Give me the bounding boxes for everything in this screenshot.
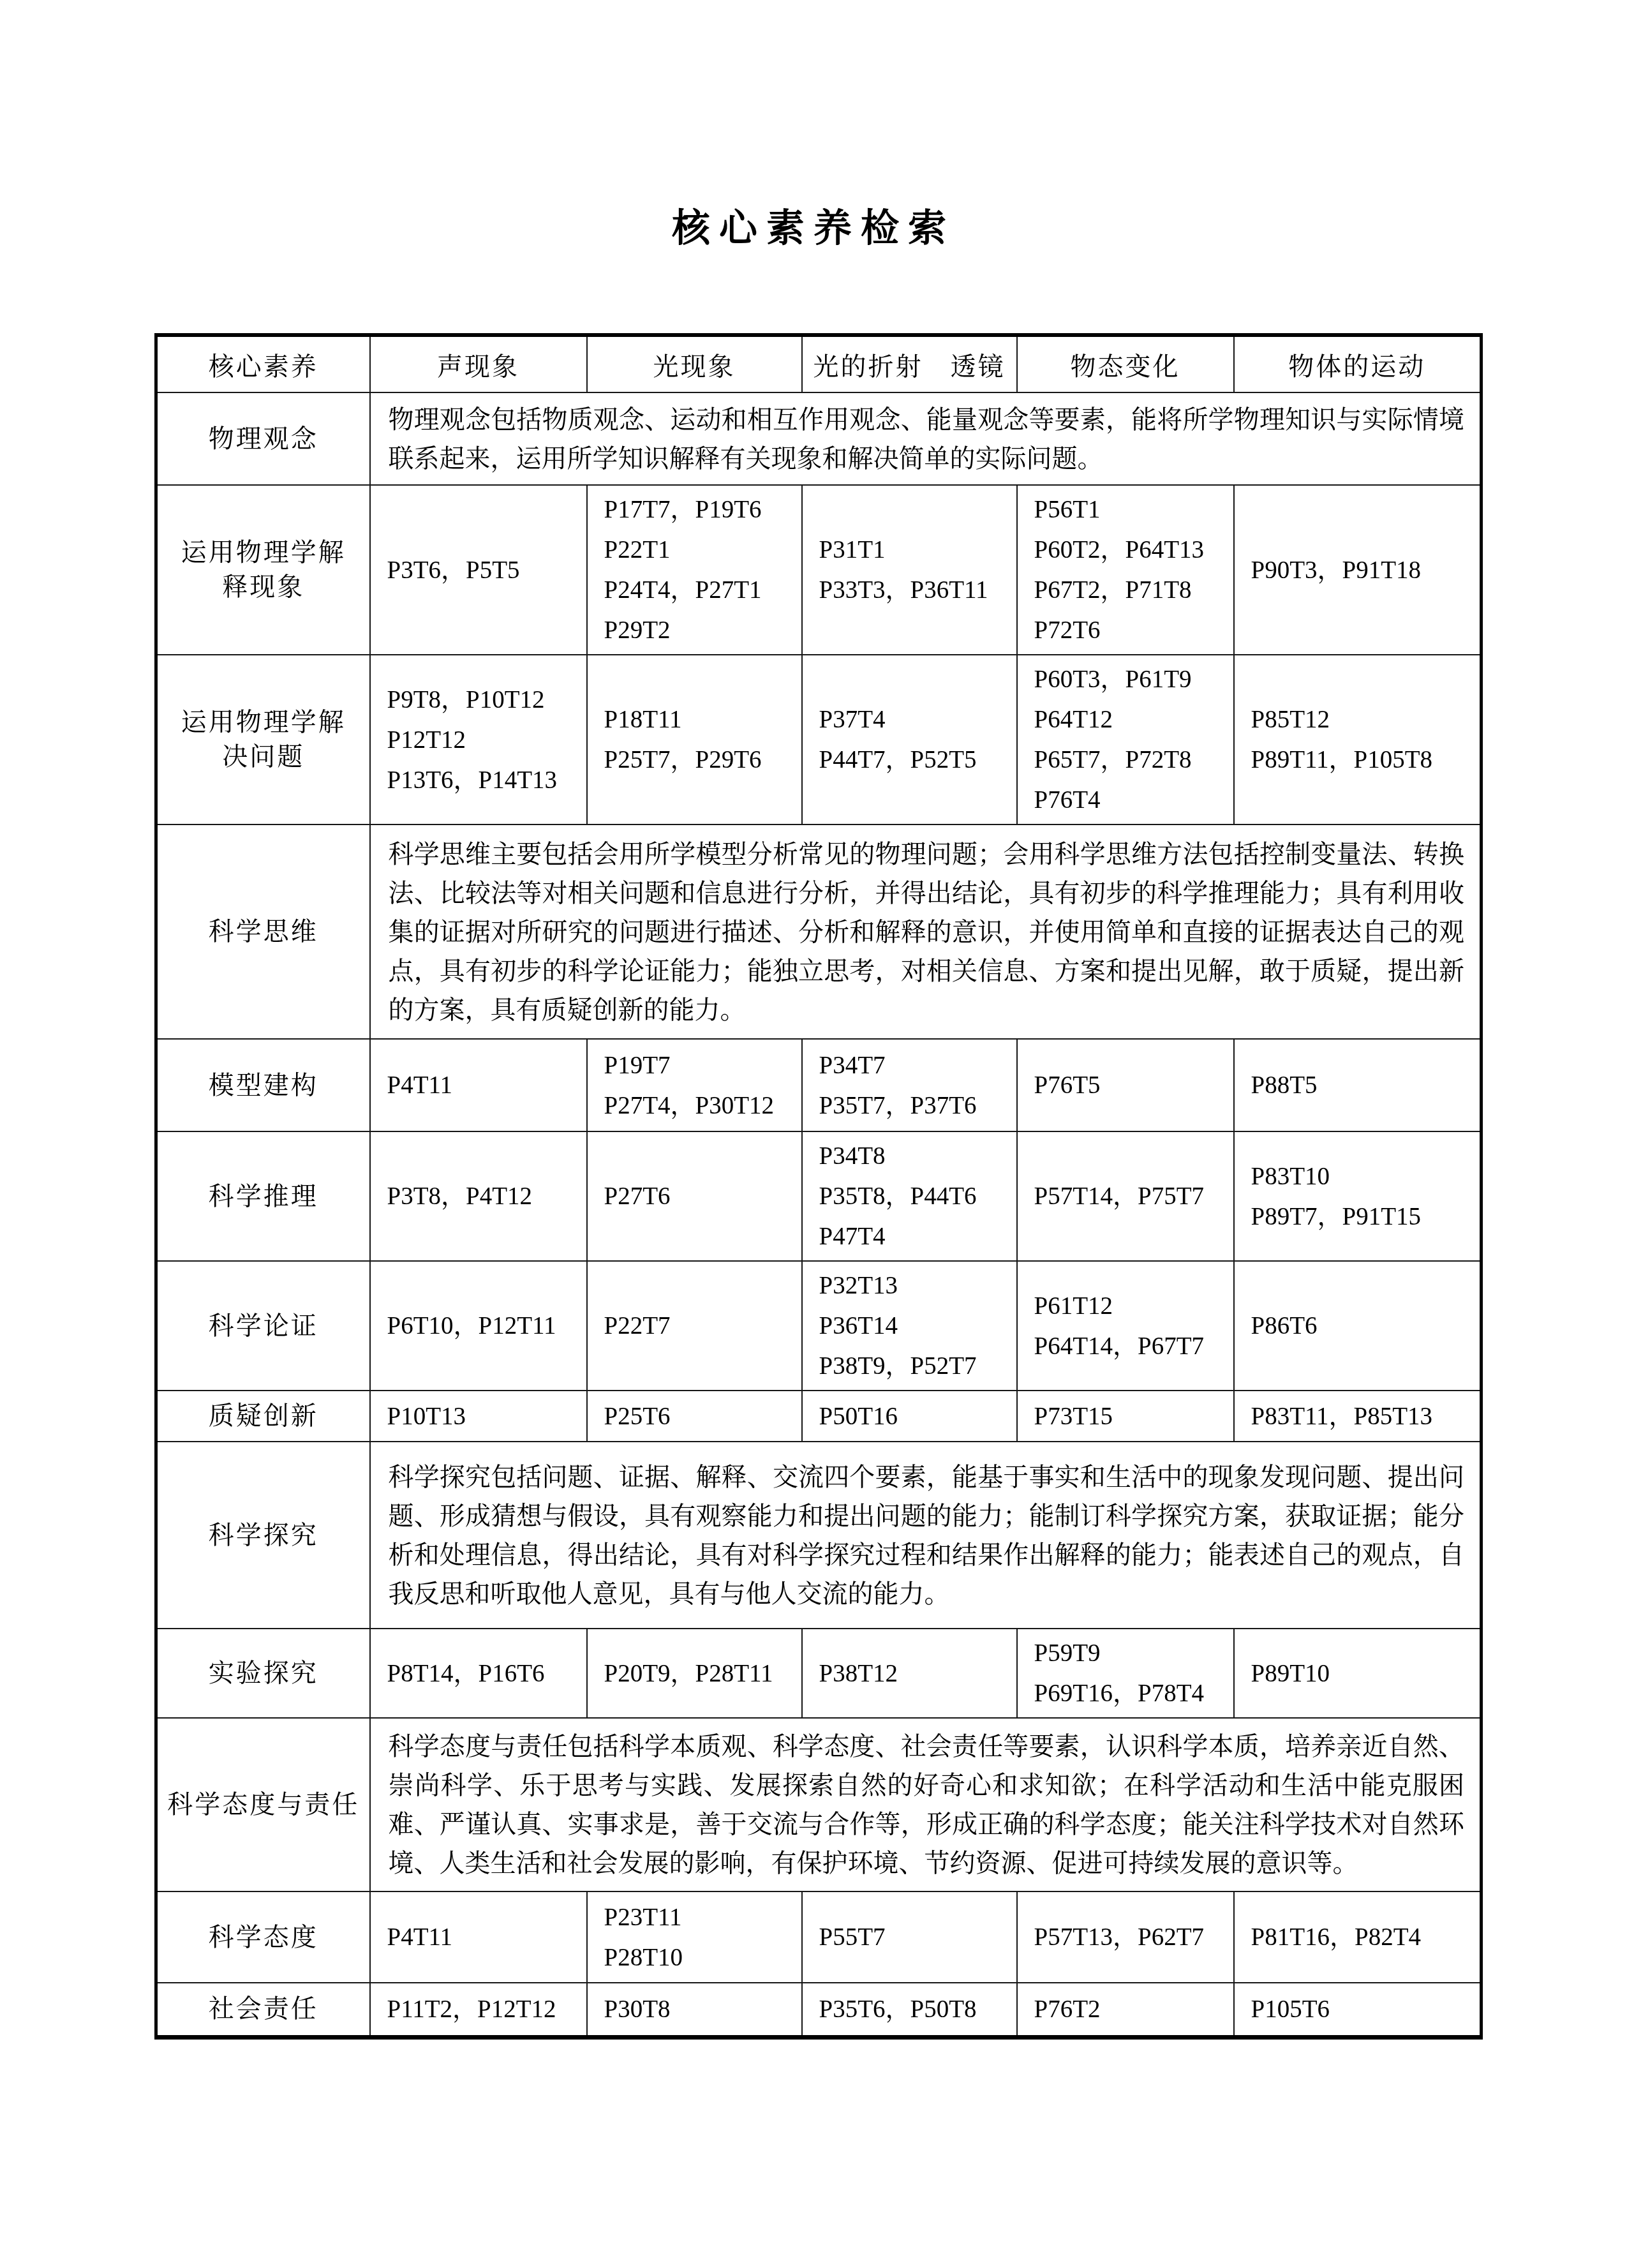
row-label: 科学思维 [156,824,370,1039]
reference-cell: P31T1P33T3，P36T11 [802,485,1017,655]
table-row: 科学思维科学思维主要包括会用所学模型分析常见的物理问题；会用科学思维方法包括控制… [156,824,1482,1039]
page-task-reference: P3T8，P4T12 [387,1176,581,1216]
reference-cell: P18T11P25T7，P29T6 [587,655,802,824]
page-task-reference: P8T14，P16T6 [387,1653,581,1694]
competency-description: 物理观念包括物质观念、运动和相互作用观念、能量观念等要素，能将所学物理知识与实际… [370,392,1482,485]
page-task-reference: P12T12 [387,720,581,760]
row-label: 科学探究 [156,1442,370,1629]
reference-cell: P56T1P60T2，P64T13P67T2，P71T8P72T6 [1017,485,1234,655]
table-row: 运用物理学解 决问题P9T8，P10T12P12T12P13T6，P14T13P… [156,655,1482,824]
row-label: 科学推理 [156,1131,370,1261]
page-task-reference: P90T3，P91T18 [1251,550,1475,590]
page-task-reference: P6T10，P12T11 [387,1306,581,1346]
reference-cell: P35T6，P50T8 [802,1983,1017,2037]
reference-cell: P55T7 [802,1891,1017,1983]
document-page: 核心素养检索 核心素养 声现象 光现象 光的折射 透镜 物态变化 物体的运动 物… [0,0,1627,2040]
page-task-reference: P69T16，P78T4 [1034,1673,1228,1713]
page-task-reference: P37T4 [819,699,1011,740]
reference-cell: P3T8，P4T12 [370,1131,587,1261]
row-label: 运用物理学解 决问题 [156,655,370,824]
page-task-reference: P11T2，P12T12 [387,1989,581,2029]
reference-cell: P9T8，P10T12P12T12P13T6，P14T13 [370,655,587,824]
table-row: 实验探究P8T14，P16T6P20T9，P28T11P38T12P59T9P6… [156,1629,1482,1718]
reference-cell: P17T7，P19T6P22T1P24T4，P27T1P29T2 [587,485,802,655]
reference-cell: P105T6 [1234,1983,1482,2037]
page-task-reference: P55T7 [819,1917,1011,1957]
page-task-reference: P33T3，P36T11 [819,570,1011,610]
column-header-sound: 声现象 [370,335,587,392]
page-task-reference: P47T4 [819,1216,1011,1257]
reference-cell: P4T11 [370,1039,587,1131]
page-task-reference: P4T11 [387,1065,581,1105]
page-task-reference: P76T2 [1034,1989,1228,2029]
reference-cell: P25T6 [587,1391,802,1442]
reference-cell: P32T13P36T14P38T9，P52T7 [802,1261,1017,1391]
row-label: 质疑创新 [156,1391,370,1442]
page-task-reference: P89T7，P91T15 [1251,1197,1475,1237]
page-task-reference: P27T4，P30T12 [604,1086,796,1126]
page-task-reference: P56T1 [1034,489,1228,530]
reference-cell: P73T15 [1017,1391,1234,1442]
reference-cell: P34T7P35T7，P37T6 [802,1039,1017,1131]
reference-cell: P57T14，P75T7 [1017,1131,1234,1261]
page-task-reference: P19T7 [604,1045,796,1086]
row-label: 运用物理学解 释现象 [156,485,370,655]
table-row: 模型建构P4T11P19T7P27T4，P30T12P34T7P35T7，P37… [156,1039,1482,1131]
reference-cell: P61T12P64T14，P67T7 [1017,1261,1234,1391]
reference-cell: P11T2，P12T12 [370,1983,587,2037]
reference-cell: P34T8P35T8，P44T6P47T4 [802,1131,1017,1261]
table-row: 科学论证P6T10，P12T11P22T7P32T13P36T14P38T9，P… [156,1261,1482,1391]
page-task-reference: P60T3，P61T9 [1034,659,1228,699]
page-task-reference: P13T6，P14T13 [387,760,581,800]
row-label: 科学态度 [156,1891,370,1983]
reference-cell: P81T16，P82T4 [1234,1891,1482,1983]
reference-cell: P23T11P28T10 [587,1891,802,1983]
table-row: 社会责任P11T2，P12T12P30T8P35T6，P50T8P76T2P10… [156,1983,1482,2037]
page-task-reference: P81T16，P82T4 [1251,1917,1475,1957]
page-task-reference: P76T5 [1034,1065,1228,1105]
table-row: 科学推理P3T8，P4T12P27T6P34T8P35T8，P44T6P47T4… [156,1131,1482,1261]
page-task-reference: P76T4 [1034,780,1228,820]
table-row: 质疑创新P10T13P25T6P50T16P73T15P83T11，P85T13 [156,1391,1482,1442]
header-row: 核心素养 声现象 光现象 光的折射 透镜 物态变化 物体的运动 [156,335,1482,392]
page-task-reference: P38T12 [819,1653,1011,1694]
reference-cell: P22T7 [587,1261,802,1391]
page-task-reference: P25T6 [604,1396,796,1436]
row-label: 科学论证 [156,1261,370,1391]
competency-index-table: 核心素养 声现象 光现象 光的折射 透镜 物态变化 物体的运动 物理观念物理观念… [154,333,1483,2040]
reference-cell: P86T6 [1234,1261,1482,1391]
competency-description: 科学态度与责任包括科学本质观、科学态度、社会责任等要素，认识科学本质，培养亲近自… [370,1718,1482,1891]
page-task-reference: P61T12 [1034,1286,1228,1326]
page-task-reference: P17T7，P19T6 [604,489,796,530]
page-task-reference: P50T16 [819,1396,1011,1436]
page-task-reference: P28T10 [604,1937,796,1978]
reference-cell: P50T16 [802,1391,1017,1442]
page-task-reference: P72T6 [1034,610,1228,650]
table-body: 物理观念物理观念包括物质观念、运动和相互作用观念、能量观念等要素，能将所学物理知… [156,392,1482,2037]
reference-cell: P76T2 [1017,1983,1234,2037]
page-task-reference: P88T5 [1251,1065,1475,1105]
page-task-reference: P34T7 [819,1045,1011,1086]
page-task-reference: P105T6 [1251,1989,1475,2029]
reference-cell: P6T10，P12T11 [370,1261,587,1391]
page-task-reference: P85T12 [1251,699,1475,740]
row-label: 社会责任 [156,1983,370,2037]
page-task-reference: P86T6 [1251,1306,1475,1346]
row-label: 模型建构 [156,1039,370,1131]
page-task-reference: P60T2，P64T13 [1034,530,1228,570]
page-task-reference: P20T9，P28T11 [604,1653,796,1694]
page-task-reference: P22T7 [604,1306,796,1346]
reference-cell: P3T6，P5T5 [370,485,587,655]
reference-cell: P19T7P27T4，P30T12 [587,1039,802,1131]
reference-cell: P20T9，P28T11 [587,1629,802,1718]
reference-cell: P38T12 [802,1629,1017,1718]
page-task-reference: P30T8 [604,1989,796,2029]
reference-cell: P4T11 [370,1891,587,1983]
reference-cell: P85T12P89T11，P105T8 [1234,655,1482,824]
table-row: 物理观念物理观念包括物质观念、运动和相互作用观念、能量观念等要素，能将所学物理知… [156,392,1482,485]
table-row: 科学探究科学探究包括问题、证据、解释、交流四个要素，能基于事实和生活中的现象发现… [156,1442,1482,1629]
page-task-reference: P36T14 [819,1306,1011,1346]
page-task-reference: P18T11 [604,699,796,740]
reference-cell: P59T9P69T16，P78T4 [1017,1629,1234,1718]
row-label: 物理观念 [156,392,370,485]
page-task-reference: P32T13 [819,1265,1011,1306]
reference-cell: P8T14，P16T6 [370,1629,587,1718]
page-task-reference: P10T13 [387,1396,581,1436]
reference-cell: P57T13，P62T7 [1017,1891,1234,1983]
table-row: 科学态度P4T11P23T11P28T10P55T7P57T13，P62T7P8… [156,1891,1482,1983]
page-task-reference: P83T10 [1251,1156,1475,1197]
reference-cell: P76T5 [1017,1039,1234,1131]
page-task-reference: P83T11，P85T13 [1251,1396,1475,1436]
table-row: 科学态度与责任科学态度与责任包括科学本质观、科学态度、社会责任等要素，认识科学本… [156,1718,1482,1891]
column-header-refraction-lens: 光的折射 透镜 [802,335,1017,392]
row-label: 科学态度与责任 [156,1718,370,1891]
page-task-reference: P64T12 [1034,699,1228,740]
page-task-reference: P29T2 [604,610,796,650]
reference-cell: P37T4P44T7，P52T5 [802,655,1017,824]
page-task-reference: P38T9，P52T7 [819,1346,1011,1386]
page-task-reference: P57T14，P75T7 [1034,1176,1228,1216]
page-task-reference: P34T8 [819,1136,1011,1176]
page-task-reference: P24T4，P27T1 [604,570,796,610]
page-task-reference: P31T1 [819,530,1011,570]
page-task-reference: P27T6 [604,1176,796,1216]
page-task-reference: P3T6，P5T5 [387,550,581,590]
reference-cell: P89T10 [1234,1629,1482,1718]
reference-cell: P10T13 [370,1391,587,1442]
page-task-reference: P35T6，P50T8 [819,1989,1011,2029]
page-task-reference: P89T10 [1251,1653,1475,1694]
reference-cell: P27T6 [587,1131,802,1261]
page-task-reference: P25T7，P29T6 [604,740,796,780]
page-task-reference: P35T7，P37T6 [819,1086,1011,1126]
page-task-reference: P22T1 [604,530,796,570]
page-task-reference: P65T7，P72T8 [1034,740,1228,780]
reference-cell: P90T3，P91T18 [1234,485,1482,655]
column-header-state-change: 物态变化 [1017,335,1234,392]
reference-cell: P30T8 [587,1983,802,2037]
reference-cell: P60T3，P61T9P64T12P65T7，P72T8P76T4 [1017,655,1234,824]
page-task-reference: P57T13，P62T7 [1034,1917,1228,1957]
competency-description: 科学探究包括问题、证据、解释、交流四个要素，能基于事实和生活中的现象发现问题、提… [370,1442,1482,1629]
column-header-core-competency: 核心素养 [156,335,370,392]
row-label: 实验探究 [156,1629,370,1718]
page-task-reference: P4T11 [387,1917,581,1957]
page-task-reference: P44T7，P52T5 [819,740,1011,780]
page-task-reference: P89T11，P105T8 [1251,740,1475,780]
column-header-light: 光现象 [587,335,802,392]
page-task-reference: P67T2，P71T8 [1034,570,1228,610]
page-task-reference: P59T9 [1034,1633,1228,1673]
reference-cell: P88T5 [1234,1039,1482,1131]
page-task-reference: P73T15 [1034,1396,1228,1436]
competency-description: 科学思维主要包括会用所学模型分析常见的物理问题；会用科学思维方法包括控制变量法、… [370,824,1482,1039]
reference-cell: P83T10P89T7，P91T15 [1234,1131,1482,1261]
column-header-motion: 物体的运动 [1234,335,1482,392]
table-row: 运用物理学解 释现象P3T6，P5T5P17T7，P19T6P22T1P24T4… [156,485,1482,655]
page-task-reference: P23T11 [604,1897,796,1937]
reference-cell: P83T11，P85T13 [1234,1391,1482,1442]
page-task-reference: P9T8，P10T12 [387,680,581,720]
page-task-reference: P35T8，P44T6 [819,1176,1011,1216]
page-title: 核心素养检索 [0,0,1627,253]
page-task-reference: P64T14，P67T7 [1034,1326,1228,1366]
